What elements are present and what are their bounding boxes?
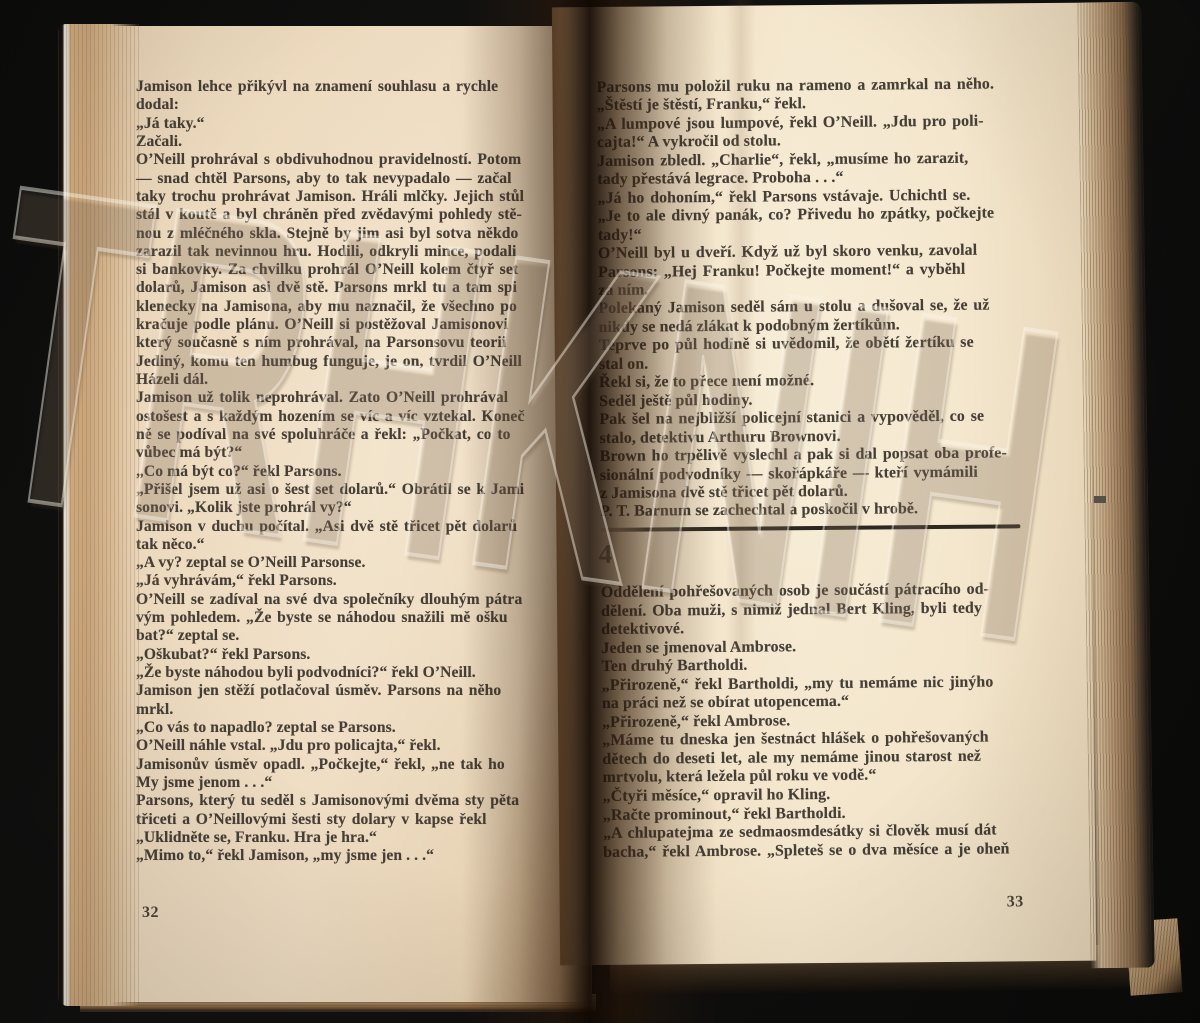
text-line: „Co vás to napadlo? zeptal se Parsons. [136,719,550,737]
text-line: „Je to ale divný panák, co? Přivedu ho z… [598,204,1022,226]
text-line: Jamison jen stěží potlačoval úsměv. Pars… [136,682,550,700]
text-line: dodal: [136,96,550,114]
text-line: O’Neill náhle vstal. „Jdu pro policajta,… [136,737,550,755]
text-line: klenecky na Jamisona, aby mu naznačil, ž… [136,298,550,316]
text-line: „A vy? zeptal se O’Neill Parsonse. [136,554,550,572]
page-stack-corner [1125,918,1182,995]
text-line: si bankovky. Za chvilku prohrál O’Neill … [136,261,550,279]
page-number-right: 33 [1007,893,1024,911]
text-line: taky trochu prohrávat Jamison. Hráli mlč… [136,188,550,206]
text-line: Polekaný Jamison seděl sám u stolu a duš… [598,297,1022,319]
left-page-text: Jamison lehce přikývl na znamení souhlas… [136,78,550,865]
text-line: Teprve po půl hodině si uvědomil, že obě… [599,334,1023,356]
chapter-number: 4 [598,539,612,570]
text-line: vůbec má být?“ [136,444,550,462]
text-line: „Co má být co?“ řekl Parsons. [136,463,550,481]
text-line: který současně s ním prohrával, na Parso… [136,334,550,352]
left-page: Jamison lehce přikývl na znamení souhlas… [76,26,592,1002]
text-line: O’Neill se zadíval na své dva společníky… [136,591,550,609]
text-line: „Uklidněte se, Franku. Hra je hra.“ [136,829,550,847]
text-line: Jamison lehce přikývl na znamení souhlas… [136,78,550,96]
text-line: třiceti a O’Neillovými šesti sty dolary … [136,811,550,829]
text-line: „Přišel jsem už asi o šest set dolarů.“ … [136,481,550,499]
text-line: zarazil tak nevinnou hru. Hodili, odkryl… [136,243,550,261]
text-line: sionální podvodníky — skořápkáře — kteří… [600,463,1024,485]
text-line: „Já vyhrávám,“ řekl Parsons. [136,572,550,590]
text-line: Jediný, komu ten humbug funguje, je on, … [136,353,550,371]
text-line: „Mimo to,“ řekl Jamison, „my jsme jen . … [136,847,550,865]
text-line: „Oškubat?“ řekl Parsons. [136,646,550,664]
text-line: Začali. [136,133,550,151]
text-line: Jamison už tolik neprohrával. Zato O’Nei… [136,389,550,407]
text-line: ně se podíval na své spoluhráče a řekl: … [136,426,550,444]
text-line: sonovi. „Kolik jste prohrál vy?“ [136,499,550,517]
text-line: bat?“ zeptal se. [136,627,550,645]
page-number-left: 32 [142,904,159,922]
text-line: nou z mléčného skla. Stejně by jim asi b… [136,225,550,243]
text-line: „Že byste náhodou byli podvodníci?“ řekl… [136,664,550,682]
text-line: dolarů, Jamison asi dvě stě. Parsons mrk… [136,279,550,297]
text-line: Jamison v duchu počítal. „Asi dvě stě tř… [136,518,550,536]
chapter-divider-rule [600,524,1020,532]
text-line: vým pohledem. „Že byste se náhodou snaži… [136,609,550,627]
book-photo: Jamison lehce přikývl na znamení souhlas… [0,0,1200,1023]
text-line: „Já taky.“ [136,115,550,133]
text-line: Házeli dál. [136,371,550,389]
right-page: Parsons mu položil ruku na rameno a zamr… [552,3,1096,966]
ink-mark [1094,496,1106,503]
text-line: kračuje podle plánu. O’Neill si postěžov… [136,316,550,334]
text-line: mrkl. [136,701,550,719]
right-page-text-top: Parsons mu položil ruku na rameno a zamr… [596,75,1024,522]
text-line: tak něco.“ [136,536,550,554]
text-line: My jsme jenom . . .“ [136,774,550,792]
right-page-text-bottom: Oddělení pohřešovaných osob je součástí … [601,580,1027,862]
text-line: bacha,“ řekl Ambrose. „Spleteš se o dva … [603,840,1027,862]
text-line: Pak šel na nejbližší policejní stanici a… [599,407,1023,429]
text-line: O’Neill prohrával s obdivuhodnou pravide… [136,151,550,169]
text-line: ostošest a s každým hozením se víc a víc… [136,408,550,426]
text-line: dělení. Oba muži, s nimiž jednal Bert Kl… [601,599,1025,621]
text-line: Parsons, který tu seděl s Jamisonovými d… [136,792,550,810]
text-line: Jamisonův úsměv opadl. „Počkejte,“ řekl,… [136,756,550,774]
text-line: Parsons: „Hej Franku! Počkejte moment!“ … [598,260,1022,282]
text-line: — snad chtěl Parsons, aby to tak nevypad… [136,170,550,188]
text-line: stál v koutě a byl chráněn před zvědavým… [136,206,550,224]
text-line: P. T. Barnum se zachechtal a poskočil v … [600,500,1024,522]
